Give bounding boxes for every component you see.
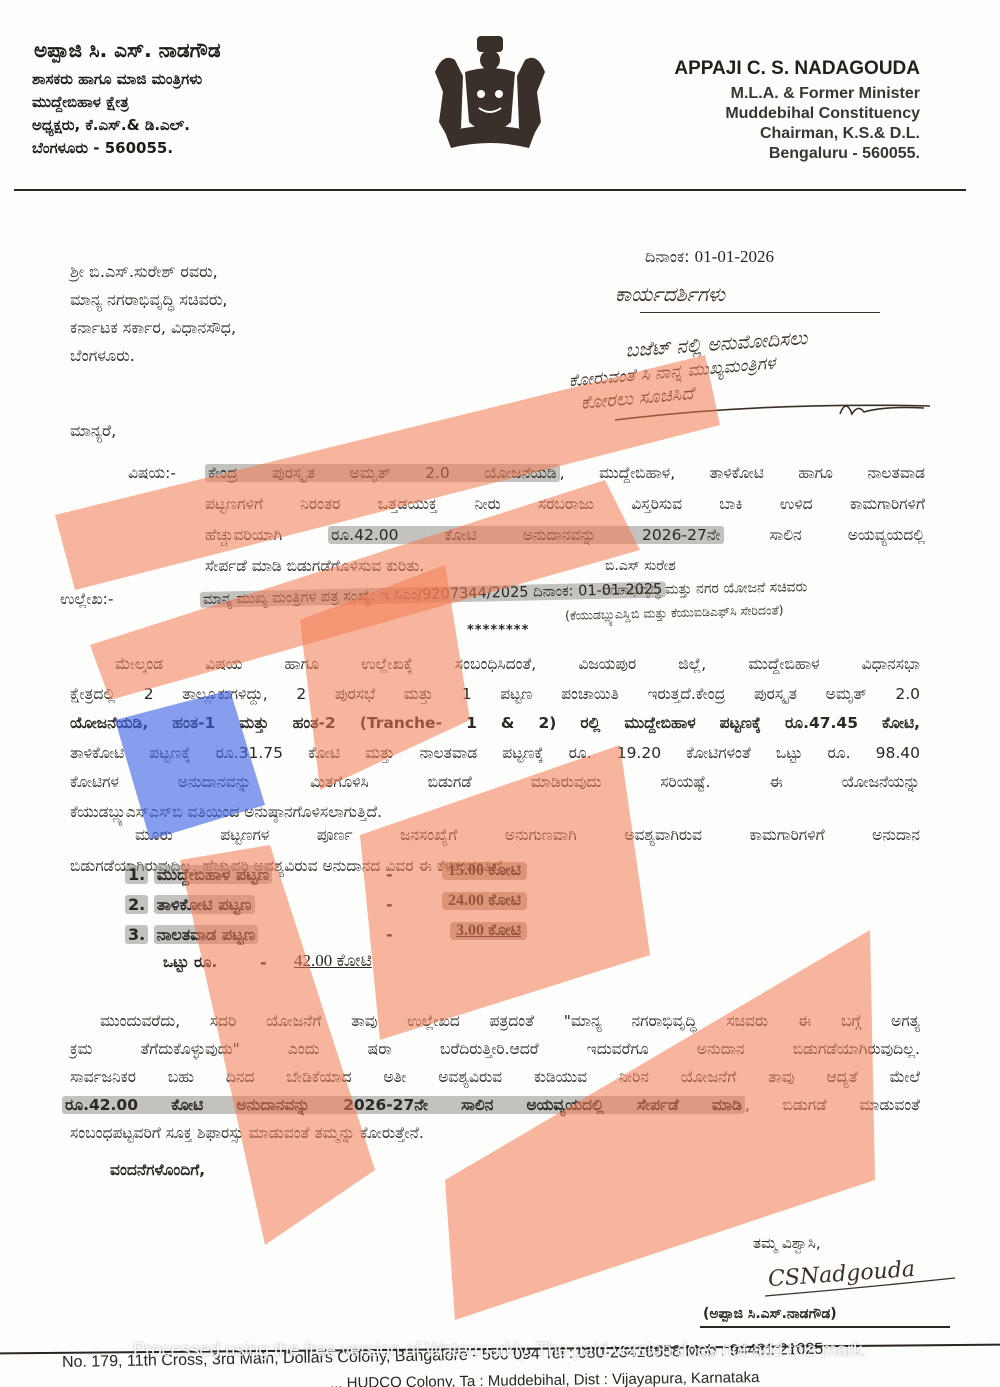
date: ದಿನಾಂಕ: 01-01-2026 xyxy=(645,247,774,267)
subject-line-1: ಕೇಂದ್ರ ಪುರಸ್ಕೃತ ಅಮೃತ್ 2.0 ಯೋಜನೆಯಡಿ, ಮುದ್… xyxy=(205,458,925,489)
breakdown-num: 2. xyxy=(125,895,148,914)
watermark-text: Processed using the free version of Wate… xyxy=(0,1340,1000,1362)
breakdown-town: ನಾಲತವಾಡ ಪಟ್ಟಣ xyxy=(154,925,258,944)
breakdown-amount: 15.00 ಕೋಟಿ xyxy=(442,862,527,880)
recipient-line-2: ಮಾನ್ಯ ನಗರಾಭಿವೃದ್ಧಿ ಸಚಿವರು, xyxy=(70,286,236,314)
para3-line-4-rest: , ಬಿಡುಗಡೆ ಮಾಡುವಂತೆ xyxy=(745,1096,920,1114)
state-emblem-icon xyxy=(425,32,555,162)
recipient-address: ಶ್ರೀ ಬಿ.ಎಸ್.ಸುರೇಶ್ ರವರು, ಮಾನ್ಯ ನಗರಾಭಿವೃದ… xyxy=(70,258,236,370)
subject-highlight-amount: ರೂ.42.00 ಕೋಟಿ ಅನುದಾನವನ್ನು 2026-27ನೇ xyxy=(328,526,723,544)
para1-line-3: ಯೋಜನೆಯಡಿ, ಹಂತ-1 ಮತ್ತು ಹಂತ-2 (Tranche- 1 … xyxy=(70,709,920,739)
subject-label: ವಿಷಯ:- xyxy=(128,458,176,489)
letterhead-english: APPAJI C. S. NADAGOUDA M.L.A. & Former M… xyxy=(674,58,920,164)
handwritten-underline xyxy=(640,312,880,313)
subject-block: ಕೇಂದ್ರ ಪುರಸ್ಕೃತ ಅಮೃತ್ 2.0 ಯೋಜನೆಯಡಿ, ಮುದ್… xyxy=(205,458,925,582)
para1-line-1: ಮೇಲ್ಕಂಡ ವಿಷಯ ಹಾಗೂ ಉಲ್ಲೇಖಕ್ಕೆ ಸಂಬಂಧಿಸಿದಂತ… xyxy=(70,650,920,680)
salutation: ಮಾನ್ಯರೆ, xyxy=(70,415,116,446)
closing: ವಂದನೆಗಳೊಂದಿಗೆ, xyxy=(110,1155,205,1186)
breakdown-total-dash: - xyxy=(260,953,267,972)
footer-address-2: ... HUDCO Colony, Ta : Muddebihal, Dist … xyxy=(330,1369,760,1387)
breakdown-dash: - xyxy=(386,895,393,914)
breakdown-dash: - xyxy=(386,925,393,944)
recipient-line-4: ಬೆಂಗಳೂರು. xyxy=(70,342,236,370)
para1-line-4: ತಾಳಿಕೋಟಿ ಪಟ್ಟಣಕ್ಕೆ ರೂ.31.75 ಕೋಟಿ ಮತ್ತು ನ… xyxy=(70,739,920,769)
subject-line-1-rest: , ಮುದ್ದೇಬಿಹಾಳ, ತಾಳಿಕೋಟಿ ಹಾಗೂ ನಾಲತವಾಡ xyxy=(560,464,925,482)
handwritten-line-1: ಕಾರ್ಯದರ್ಶಿಗಳು xyxy=(615,282,990,306)
english-title-1: M.L.A. & Former Minister xyxy=(674,84,920,104)
english-name: APPAJI C. S. NADAGOUDA xyxy=(674,58,920,80)
para3-line-3: ಸಾರ್ವಜನಿಕರ ಬಹು ದಿನದ ಬೇಡಿಕೆಯಾದ ಅತೀ ಅವಶ್ಯವ… xyxy=(70,1063,920,1091)
para3-line-4: ರೂ.42.00 ಕೋಟಿ ಅನುದಾನವನ್ನು 2026-27ನೇ ಸಾಲಿ… xyxy=(62,1091,920,1119)
date-value: 01-01-2026 xyxy=(695,247,774,266)
breakdown-total-amount: 42.00 ಕೋಟಿ xyxy=(294,951,372,971)
para3-line-2: ಕ್ರಮ ತೆಗೆದುಕೊಳ್ಳುವುದು" ಎಂದು ಷರಾ ಬರೆದಿರುತ… xyxy=(70,1035,920,1063)
kannada-title-3: ಅಧ್ಯಕ್ಷರು, ಕೆ.ಎಸ್.& ಡಿ.ಎಲ್. xyxy=(32,114,221,137)
para2-line-1: ಮೂರು ಪಟ್ಟಣಗಳ ಪೂರ್ಣ ಜನಸಂಖ್ಯೆಗೆ ಅನುಗುಣವಾಗಿ… xyxy=(70,820,920,851)
breakdown-num: 1. xyxy=(125,865,148,884)
breakdown-row: 1. ಮುದ್ದೇಬಿಹಾಳ ಪಟ್ಟಣ xyxy=(125,865,272,885)
date-label: ದಿನಾಂಕ: xyxy=(645,247,690,266)
letterhead-kannada: ಅಪ್ಪಾಜಿ ಸಿ. ಎಸ್. ನಾಡಗೌಡ ಶಾಸಕರು ಹಾಗೂ ಮಾಜಿ… xyxy=(32,38,221,160)
english-title-2: Muddebihal Constituency xyxy=(674,104,920,124)
signature-yours: ತಮ್ಮ ವಿಶ್ವಾಸಿ, xyxy=(753,1228,821,1259)
subject-line-3-pre: ಹೆಚ್ಚುವರಿಯಾಗಿ xyxy=(205,526,282,544)
breakdown-num: 3. xyxy=(125,925,148,944)
kannada-title-1: ಶಾಸಕರು ಹಾಗೂ ಮಾಜಿ ಮಂತ್ರಿಗಳು xyxy=(32,68,221,91)
para3-line-5: ಸಂಬಂಧಪಟ್ಟವರಿಗೆ ಸೂಕ್ತ ಶಿಫಾರಸ್ಸು ಮಾಡುವಂತೆ … xyxy=(70,1119,920,1147)
recipient-line-3: ಕರ್ನಾಟಕ ಸರ್ಕಾರ, ವಿಧಾನಸೌಧ, xyxy=(70,314,236,342)
recipient-line-1: ಶ್ರೀ ಬಿ.ಎಸ್.ಸುರೇಶ್ ರವರು, xyxy=(70,258,236,286)
breakdown-amount: 24.00 ಕೋಟಿ xyxy=(442,892,527,910)
para1-line-5: ಕೋಟಿಗಳ ಅನುದಾನವನ್ನು ಮಿತಗೊಳಿಸಿ ಬಿಡುಗಡೆ ಮಾಡ… xyxy=(70,768,920,798)
kannada-name: ಅಪ್ಪಾಜಿ ಸಿ. ಎಸ್. ನಾಡಗೌಡ xyxy=(34,38,221,62)
kannada-title-2: ಮುದ್ದೇಬಿಹಾಳ ಕ್ಷೇತ್ರ xyxy=(32,91,221,114)
breakdown-amount: 3.00 ಕೋಟಿ xyxy=(450,922,527,940)
breakdown-total-label: ಒಟ್ಟು ರೂ. xyxy=(163,953,217,971)
signature-underline xyxy=(700,1326,950,1328)
reference-highlight: ಮಾನ್ಯ ಮುಖ್ಯ ಮಂತ್ರಿಗಳ ಪತ್ರ ಸಂಖ್ಯೆ: ಇ ಸಿಎಂ… xyxy=(200,581,666,608)
reference-label: ಉಲ್ಲೇಖ:- xyxy=(60,584,113,615)
paragraph-3: ಮುಂದುವರೆದು, ಸದರಿ ಯೋಜನೆಗೆ ತಾವು ಉಲ್ಲೇಖದ ಪತ… xyxy=(70,1007,920,1147)
english-title-4: Bengaluru - 560055. xyxy=(674,144,920,164)
letterhead-divider xyxy=(14,189,966,191)
breakdown-row: 3. ನಾಲತವಾಡ ಪಟ್ಟಣ xyxy=(125,925,258,945)
subject-line-2: ಪಟ್ಟಣಗಳಿಗೆ ನಿರಂತರ ಒತ್ತಡಯುಕ್ತ ನೀರು ಸರಬರಾಜ… xyxy=(205,489,925,520)
breakdown-dash: - xyxy=(386,865,393,884)
subject-line-4-text: ಸೇರ್ಪಡೆ ಮಾಡಿ ಬಿಡುಗಡೆಗೊಳಿಸುವ ಕುರಿತು. xyxy=(205,557,424,575)
subject-line-3: ಹೆಚ್ಚುವರಿಯಾಗಿ ರೂ.42.00 ಕೋಟಿ ಅನುದಾನವನ್ನು … xyxy=(205,520,925,551)
subject-highlight-scheme: ಕೇಂದ್ರ ಪುರಸ್ಕೃತ ಅಮೃತ್ 2.0 ಯೋಜನೆಯಡಿ xyxy=(205,464,560,482)
signature-line-icon xyxy=(760,1270,960,1300)
paragraph-1: ಮೇಲ್ಕಂಡ ವಿಷಯ ಹಾಗೂ ಉಲ್ಲೇಖಕ್ಕೆ ಸಂಬಂಧಿಸಿದಂತ… xyxy=(70,650,920,827)
handwritten-note: ಕಾರ್ಯದರ್ಶಿಗಳು ಬಜೆಟ್ ನಲ್ಲಿ ಅನುಮೋದಿಸಲು ಕೋರ… xyxy=(600,282,990,430)
kannada-title-4: ಬೆಂಗಳೂರು - 560055. xyxy=(32,137,221,160)
para3-highlight: ರೂ.42.00 ಕೋಟಿ ಅನುದಾನವನ್ನು 2026-27ನೇ ಸಾಲಿ… xyxy=(62,1096,745,1114)
signature-name: (ಅಪ್ಪಾಜಿ ಸಿ.ಎಸ್.ನಾಡಗೌಡ) xyxy=(703,1306,837,1322)
subject-line-3-rest: ಸಾಲಿನ ಅಯವ್ಯಯದಲ್ಲಿ xyxy=(770,526,925,544)
breakdown-town: ಮುದ್ದೇಬಿಹಾಳ ಪಟ್ಟಣ xyxy=(154,865,272,884)
reference-separator: ******** xyxy=(467,623,529,638)
breakdown-town: ತಾಳಿಕೋಟಿ ಪಟ್ಟಣ xyxy=(154,895,255,914)
breakdown-row: 2. ತಾಳಿಕೋಟಿ ಪಟ್ಟಣ xyxy=(125,895,255,915)
para3-line-1: ಮುಂದುವರೆದು, ಸದರಿ ಯೋಜನೆಗೆ ತಾವು ಉಲ್ಲೇಖದ ಪತ… xyxy=(70,1007,920,1035)
para1-line-2: ಕ್ಷೇತ್ರದಲ್ಲಿ 2 ತಾಲ್ಲೂಕುಗಳಿದ್ದು, 2 ಪುರಸಭೆ… xyxy=(70,680,920,710)
english-title-3: Chairman, K.S.& D.L. xyxy=(674,124,920,144)
